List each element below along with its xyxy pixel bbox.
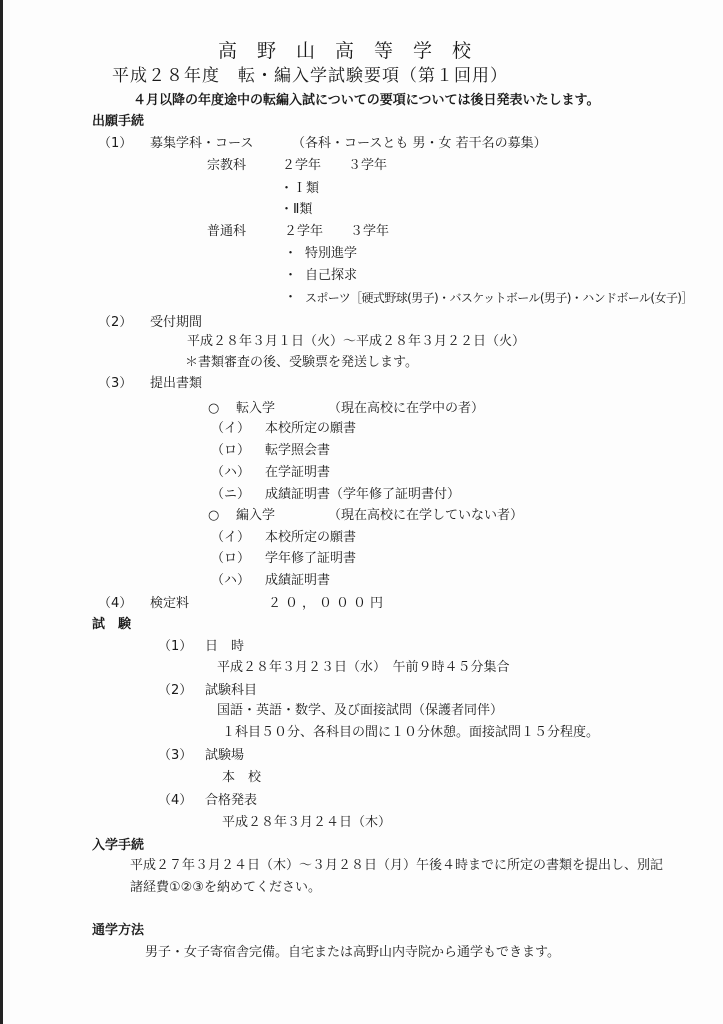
doc-key: （ロ） [211, 551, 250, 567]
enrollment-text-line2: 諸経費①②③を納めてください。 [130, 880, 321, 896]
section-heading-commute: 通学方法 [92, 923, 144, 939]
doc-text: 転学照会書 [265, 443, 330, 459]
section-heading-application: 出願手続 [92, 114, 144, 130]
document-title: 平成２８年度 転・編入学試験要項（第１回用） [112, 66, 508, 86]
section-heading-enrollment: 入学手続 [92, 838, 144, 854]
item-number: （4） [158, 793, 192, 809]
transfer-note: （現在高校に在学中の者） [328, 401, 484, 417]
recruit-label: 募集学科・コース [150, 136, 253, 152]
item-number: （3） [158, 748, 192, 764]
item-number: （1） [158, 639, 192, 655]
item-number: （1） [98, 136, 132, 152]
doc-text: 成績証明書 [265, 573, 330, 589]
exam-venue: 本 校 [222, 770, 261, 786]
course-item: 自己探求 [305, 268, 357, 284]
commute-text: 男子・女子寄宿舎完備。自宅または高野山内寺院から通学もできます。 [145, 945, 560, 961]
bullet: ・ [284, 268, 297, 284]
result-label: 合格発表 [205, 793, 257, 809]
section-heading-exam: 試 験 [92, 617, 131, 633]
period-note: ＊書類審査の後、受験票を発送します。 [185, 355, 418, 371]
doc-text: 学年修了証明書 [265, 551, 356, 567]
result-date: 平成２８年３月２４日（木） [222, 815, 391, 831]
doc-text: 成績証明書（学年修了証明書付） [265, 487, 460, 503]
subjects-label: 試験科目 [205, 683, 257, 699]
doc-key: （イ） [211, 421, 250, 437]
doc-text: 本校所定の願書 [265, 530, 356, 546]
grade-2: ２学年 [284, 224, 323, 240]
period-dates: 平成２８年３月１日（火）～平成２８年３月２２日（火） [187, 334, 525, 350]
item-number: （2） [158, 683, 192, 699]
transfer-label: 転入学 [236, 401, 275, 417]
item-number: （4） [98, 596, 132, 612]
doc-key: （イ） [211, 530, 250, 546]
grade-3: ３学年 [350, 224, 389, 240]
exam-subjects: 国語・英語・数学、及び面接試問（保護者同伴） [217, 703, 503, 719]
grade-3: ３学年 [348, 158, 387, 174]
dept-general: 普通科 [207, 224, 246, 240]
circle-mark: ○ [208, 508, 219, 524]
venue-label: 試験場 [205, 748, 244, 764]
course-item-sports: スポーツ［硬式野球(男子)・バスケットボール(男子)・ハンドボール(女子)］ [305, 290, 693, 306]
doc-key: （ハ） [211, 573, 250, 589]
school-name: 高野山高等学校 [218, 40, 491, 62]
doc-key: （ハ） [211, 465, 250, 481]
fee-amount: ２０，０００円 [268, 596, 387, 612]
datetime-label: 日 時 [205, 639, 244, 655]
doc-text: 本校所定の願書 [265, 421, 356, 437]
doc-text: 在学証明書 [265, 465, 330, 481]
recruit-note: （各科・コースとも 男・女 若干名の募集） [292, 136, 547, 152]
item-number: （3） [98, 376, 132, 392]
readmission-note: （現在高校に在学していない者） [328, 508, 523, 524]
dept-religion: 宗教科 [207, 158, 246, 174]
documents-label: 提出書類 [150, 376, 202, 392]
bullet: ・ [284, 290, 297, 306]
bullet: ・ [284, 246, 297, 262]
exam-datetime: 平成２８年３月２３日（水） 午前９時４５分集合 [217, 660, 510, 676]
doc-key: （ニ） [211, 487, 250, 503]
course-item: 特別進学 [305, 246, 357, 262]
circle-mark: ○ [208, 401, 219, 417]
notice-text: ４月以降の年度途中の転編入試についての要項については後日発表いたします。 [133, 93, 599, 109]
exam-timing: １科目５０分、各科目の間に１０分休憩。面接試問１５分程度。 [222, 725, 599, 741]
grade-2: ２学年 [282, 158, 321, 174]
readmission-label: 編入学 [236, 508, 275, 524]
course-item: ・Ⅱ類 [280, 202, 312, 218]
scan-edge [0, 0, 3, 1024]
fee-label: 検定料 [150, 596, 189, 612]
enrollment-text-line1: 平成２７年３月２４日（木）～３月２８日（月）午後４時までに所定の書類を提出し、別… [130, 858, 663, 874]
course-item: ・Ｉ類 [280, 181, 319, 197]
doc-key: （ロ） [211, 443, 250, 459]
item-number: （2） [98, 315, 132, 331]
period-label: 受付期間 [150, 315, 202, 331]
